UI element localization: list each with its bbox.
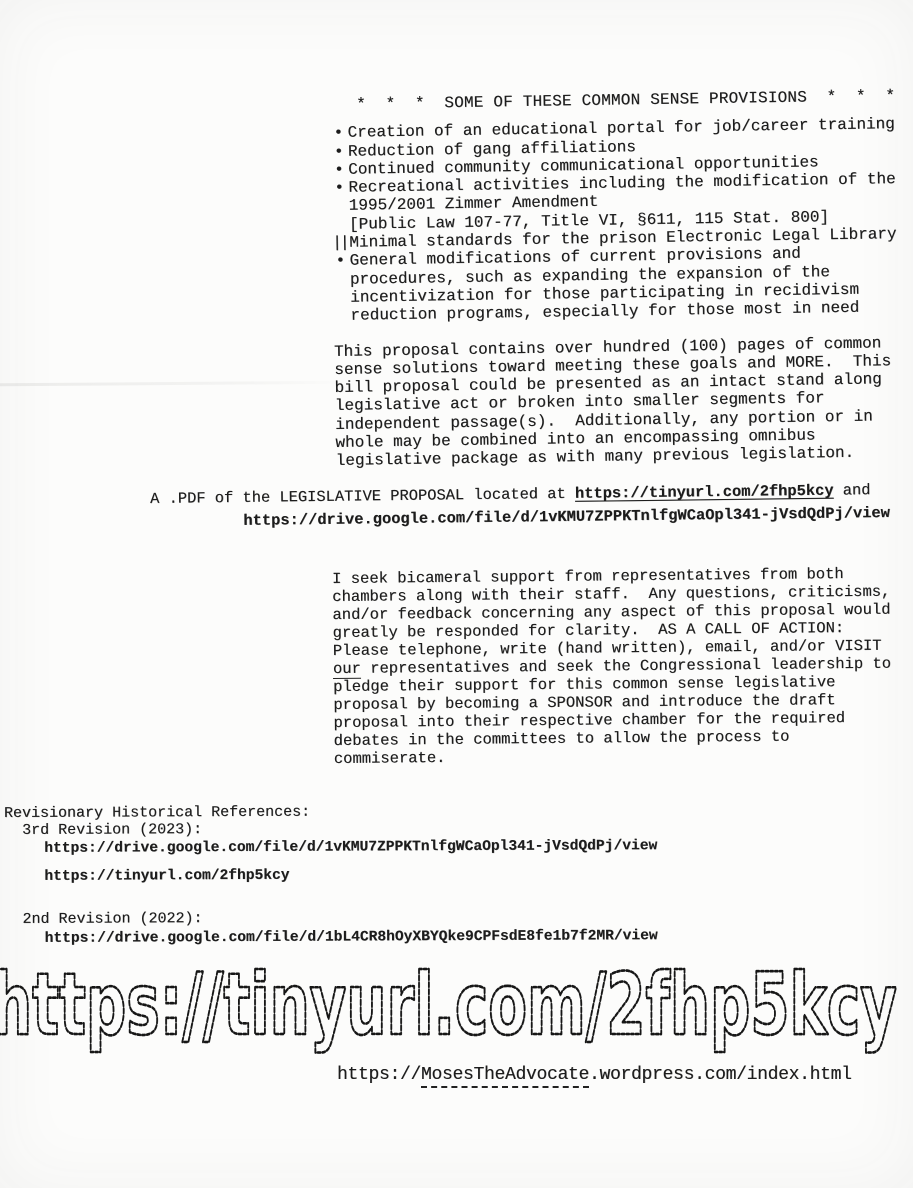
bullet-icon: • [334,161,344,179]
revision-3-drive-link: https://drive.google.com/file/d/1vKMU7ZP… [44,838,724,857]
revision-references-section: Revisionary Historical References: 3rd R… [4,803,725,947]
decorative-url-text: https://tinyurl.com/2fhp5kcy [0,955,897,1055]
bullet-icon: • [335,252,345,270]
footer-link-underlined: MosesTheAdvocate [421,1065,589,1088]
decorative-url-art: https://tinyurl.com/2fhp5kcy [0,952,913,1070]
bullet-icon: • [333,124,343,142]
section-header: * * * SOME OF THESE COMMON SENSE PROVISI… [330,87,913,114]
provisions-section: * * * SOME OF THESE COMMON SENSE PROVISI… [330,87,913,471]
pdf-location-section: A .PDF of the LEGISLATIVE PROPOSAL locat… [150,481,913,531]
pdf-location-prefix: A .PDF of the LEGISLATIVE PROPOSAL locat… [150,485,575,508]
footer-link: https://MosesTheAdvocate.wordpress.com/i… [337,1064,852,1086]
revision-3-tinyurl-link: https://tinyurl.com/2fhp5kcy [44,865,724,884]
revision-2-drive-link: https://drive.google.com/file/d/1bL4CR8h… [45,927,725,946]
scanned-document-page: * * * SOME OF THESE COMMON SENSE PROVISI… [0,0,913,1188]
paragraph-proposal-summary: This proposal contains over hundred (100… [334,333,913,470]
pdf-location-line: A .PDF of the LEGISLATIVE PROPOSAL locat… [150,481,913,508]
revision-2-label: 2nd Revision (2022): [22,909,724,929]
drive-link-text: https://drive.google.com/file/d/1vKMU7ZP… [243,504,913,530]
bullet-icon: • [334,142,344,160]
underlined-our: our [333,660,361,679]
tinyurl-link-text: https://tinyurl.com/2fhp5kcy [575,482,834,503]
bullet-item: • Recreational activities including the … [331,170,913,234]
footer-link-prefix: https:// [337,1065,421,1085]
paper-crease-line [0,381,348,386]
bullet-item: • General modifications of current provi… [332,243,913,325]
revision-3-label: 3rd Revision (2023): [22,819,724,839]
paragraph-call-of-action: I seek bicameral support from representa… [332,564,913,768]
footer-link-suffix: .wordpress.com/index.html [589,1065,852,1085]
bullet-icon: • [334,179,344,197]
double-bar-marker-icon: || [332,234,347,253]
pdf-location-suffix: and [833,481,870,499]
